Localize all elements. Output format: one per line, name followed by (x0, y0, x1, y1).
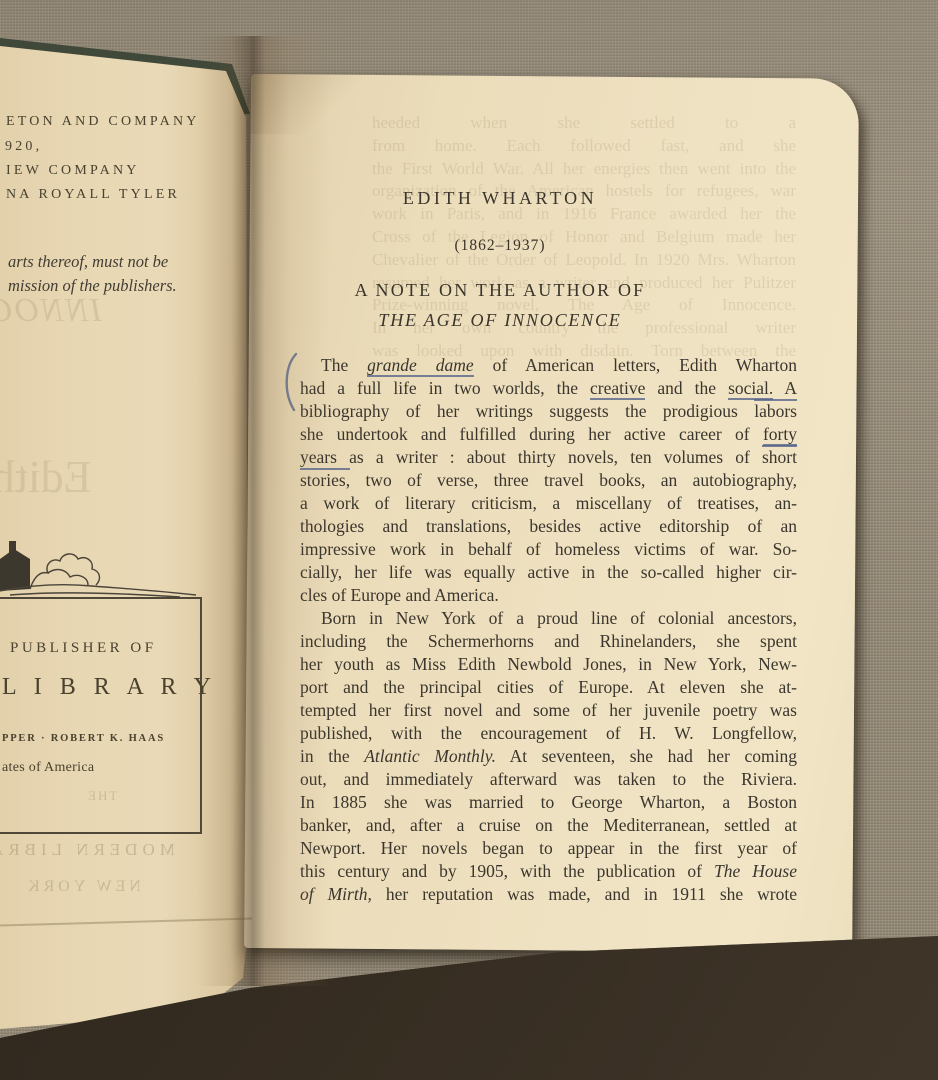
rights-notice-line: mission of the publishers. (8, 276, 177, 296)
text-line: In 1885 she was married to George Wharto… (300, 791, 797, 814)
text-segment: grande dame (367, 355, 473, 377)
colophon-library: L I B R A R Y (2, 674, 217, 701)
text-line: this century and by 1905, with the publi… (300, 860, 797, 883)
text-line: published, with the encouragement of H. … (300, 722, 797, 745)
text-segment: labors (754, 399, 797, 421)
text-line: impressive work in behalf of homeless vi… (300, 538, 797, 561)
body-text: The grande dame of American letters, Edi… (300, 354, 797, 906)
text-line: tempted her first novel and some of her … (300, 699, 797, 722)
copyright-line: NA ROYALL TYLER (6, 187, 180, 203)
text-segment: two of verse, three travel books, an aut… (350, 470, 797, 490)
text-line: thologies and translations, besides acti… (300, 515, 797, 538)
text-line: in the Atlantic Monthly. At seventeen, s… (300, 745, 797, 768)
text-segment: published, with the encouragement of H. … (300, 723, 797, 743)
text-line: she undertook and fulfilled during her a… (300, 423, 797, 446)
author-heading: EDITH WHARTON (300, 188, 700, 209)
text-line: Newport. Her novels began to appear in t… (300, 837, 797, 860)
text-line: The grande dame of American letters, Edi… (300, 354, 797, 377)
text-segment: social. (728, 378, 773, 400)
text-line: bibliography of her writings suggests th… (300, 400, 797, 423)
ghost-text-innocence: INNOC (0, 292, 102, 330)
text-segment: this century and by 1905, with the publi… (300, 861, 714, 881)
text-segment: thologies and translations, besides acti… (300, 516, 797, 536)
text-segment: Born in New York of a proud line of colo… (321, 608, 797, 628)
text-segment: At seventeen, she had her coming (496, 746, 797, 766)
copyright-line: IEW COMPANY (6, 163, 140, 179)
text-line: Born in New York of a proud line of colo… (300, 607, 797, 630)
text-segment: short (762, 445, 797, 467)
colophon-publisher-of: PUBLISHER OF (10, 640, 157, 657)
text-segment: of Mirth, (300, 884, 372, 904)
author-dates: (1862–1937) (300, 237, 700, 255)
text-segment: bibliography of her writings suggests th… (300, 401, 754, 421)
text-segment: out, and immediately afterward was taken… (300, 769, 797, 789)
text-line: out, and immediately afterward was taken… (300, 768, 797, 791)
text-segment: a work of literary criticism, a miscella… (300, 493, 797, 513)
text-segment: banker, and, after a cruise on the Medit… (300, 815, 797, 835)
text-line: cially, her life was equally active in t… (300, 561, 797, 584)
text-segment: of American letters, Edith Wharton (474, 355, 797, 375)
pencil-paren-annotation (280, 352, 300, 412)
text-segment: In 1885 she was married to George Wharto… (300, 792, 797, 812)
copyright-line: 920, (5, 139, 42, 155)
copyright-line: ETON AND COMPANY (6, 114, 200, 130)
text-line: her youth as Miss Edith Newbold Jones, i… (300, 653, 797, 676)
ghost-text-new-york: NEW YORK (24, 878, 141, 896)
text-segment: stories, (300, 468, 350, 490)
text-segment: port and the principal cities of Europe.… (300, 677, 797, 697)
text-line: cles of Europe and America. (300, 584, 797, 607)
text-line: a work of literary criticism, a miscella… (300, 492, 797, 515)
rights-notice-line: arts thereof, must not be (8, 252, 168, 272)
text-segment: in the (300, 746, 364, 766)
text-line: of Mirth, her reputation was made, and i… (300, 883, 797, 906)
ghost-text-line: from home. Each followed fast, and she (372, 135, 796, 158)
text-line: including the Schermerhorns and Rhinelan… (300, 630, 797, 653)
text-segment: creative (590, 378, 645, 400)
ghost-text-modern-library: MODERN LIBRA (0, 840, 175, 860)
publisher-colophon-illustration (0, 533, 210, 601)
text-segment: tempted her first novel and some of her … (300, 700, 797, 720)
colophon-made-in: ates of America (2, 760, 94, 776)
text-segment: her youth as Miss Edith Newbold Jones, i… (300, 654, 797, 674)
text-line: banker, and, after a cruise on the Medit… (300, 814, 797, 837)
text-segment: had a full life in two worlds, the (300, 378, 590, 398)
text-segment: years as a writer : about thirty novels,… (300, 447, 762, 467)
colophon-names: PPER · ROBERT K. HAAS (2, 733, 165, 744)
text-line: had a full life in two worlds, the creat… (300, 377, 797, 400)
text-segment: cially, her life was equally active in t… (300, 562, 797, 582)
text-segment: forty (763, 424, 797, 446)
text-segment: cles of Europe and America. (300, 585, 499, 605)
text-line: stories, two of verse, three travel book… (300, 469, 797, 492)
ghost-text-edith: Edith (0, 450, 92, 503)
ghost-text-line: heeded when she settled to a (372, 112, 796, 135)
text-segment: The House (714, 861, 797, 881)
text-segment: impressive work in behalf of homeless vi… (300, 539, 797, 559)
photo-of-open-book: { "palette": { "fabric": "#8f8471", "flo… (0, 0, 938, 1080)
text-segment: she undertook and fulfilled during her a… (300, 424, 763, 444)
text-line: years as a writer : about thirty novels,… (300, 446, 797, 469)
colophon-box (0, 597, 202, 834)
book-title-heading: THE AGE OF INNOCENCE (300, 310, 700, 331)
text-segment: and the (645, 378, 728, 398)
ghost-text-line: the First World War. All her energies th… (372, 158, 796, 181)
text-segment: Atlantic Monthly. (364, 746, 496, 766)
text-segment: The (321, 355, 367, 375)
text-segment: A (773, 378, 797, 398)
text-segment: Newport. Her novels began to appear in t… (300, 838, 797, 858)
note-heading: A NOTE ON THE AUTHOR OF (300, 280, 700, 301)
text-line: port and the principal cities of Europe.… (300, 676, 797, 699)
text-segment: her reputation was made, and in 1911 she… (372, 884, 797, 904)
text-segment: including the Schermerhorns and Rhinelan… (300, 631, 797, 651)
